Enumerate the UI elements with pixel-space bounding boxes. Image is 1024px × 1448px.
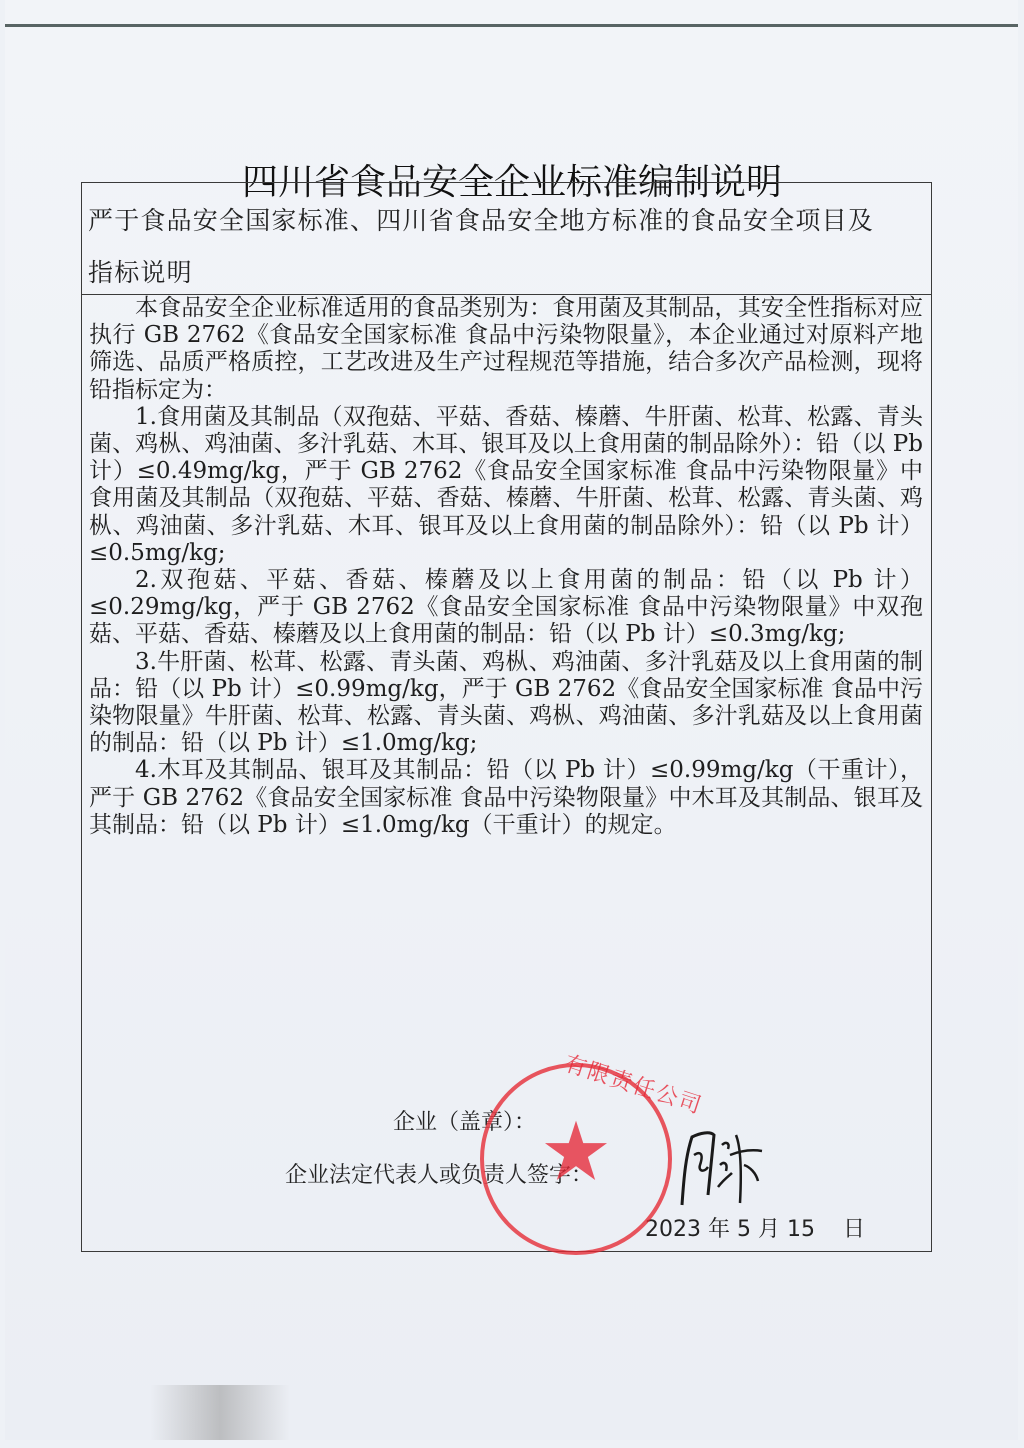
item-paragraph-4: 4.木耳及其制品、银耳及其制品：铅（以 Pb 计）≤0.99mg/kg（干重计）… — [89, 757, 923, 839]
date-month-unit: 月 — [758, 1217, 780, 1242]
date-month: 5 — [737, 1217, 751, 1242]
date-day: 15 — [787, 1217, 815, 1242]
item-paragraph-3: 3.牛肝菌、松茸、松露、青头菌、鸡枞、鸡油菌、多汁乳菇及以上食用菌的制品：铅（以… — [89, 649, 923, 758]
date-year: 2023 — [645, 1217, 701, 1242]
signature-date: 2023 年 5 月 15 日 — [645, 1212, 865, 1243]
table-body-cell: 本食品安全企业标准适用的食品类别为：食用菌及其制品，其安全性指标对应执行 GB … — [89, 295, 923, 839]
item-paragraph-2: 2.双孢菇、平菇、香菇、榛蘑及以上食用菌的制品：铅（以 Pb 计）≤0.29mg… — [89, 567, 923, 649]
handwritten-signature-icon — [670, 1115, 770, 1215]
table-header-cell: 严于食品安全国家标准、四川省食品安全地方标准的食品安全项目及 指标说明 — [82, 183, 931, 295]
scan-shadow — [150, 1385, 290, 1440]
seal-star-icon — [543, 1118, 609, 1184]
date-year-unit: 年 — [708, 1217, 730, 1242]
item-paragraph-1: 1.食用菌及其制品（双孢菇、平菇、香菇、榛蘑、牛肝菌、松茸、松露、青头菌、鸡枞、… — [89, 404, 923, 567]
intro-paragraph: 本食品安全企业标准适用的食品类别为：食用菌及其制品，其安全性指标对应执行 GB … — [89, 295, 923, 404]
date-day-unit: 日 — [843, 1217, 865, 1242]
header-line-2: 指标说明 — [88, 253, 193, 289]
header-line-1: 严于食品安全国家标准、四川省食品安全地方标准的食品安全项目及 — [88, 201, 874, 237]
page-top-edge — [5, 24, 1018, 27]
